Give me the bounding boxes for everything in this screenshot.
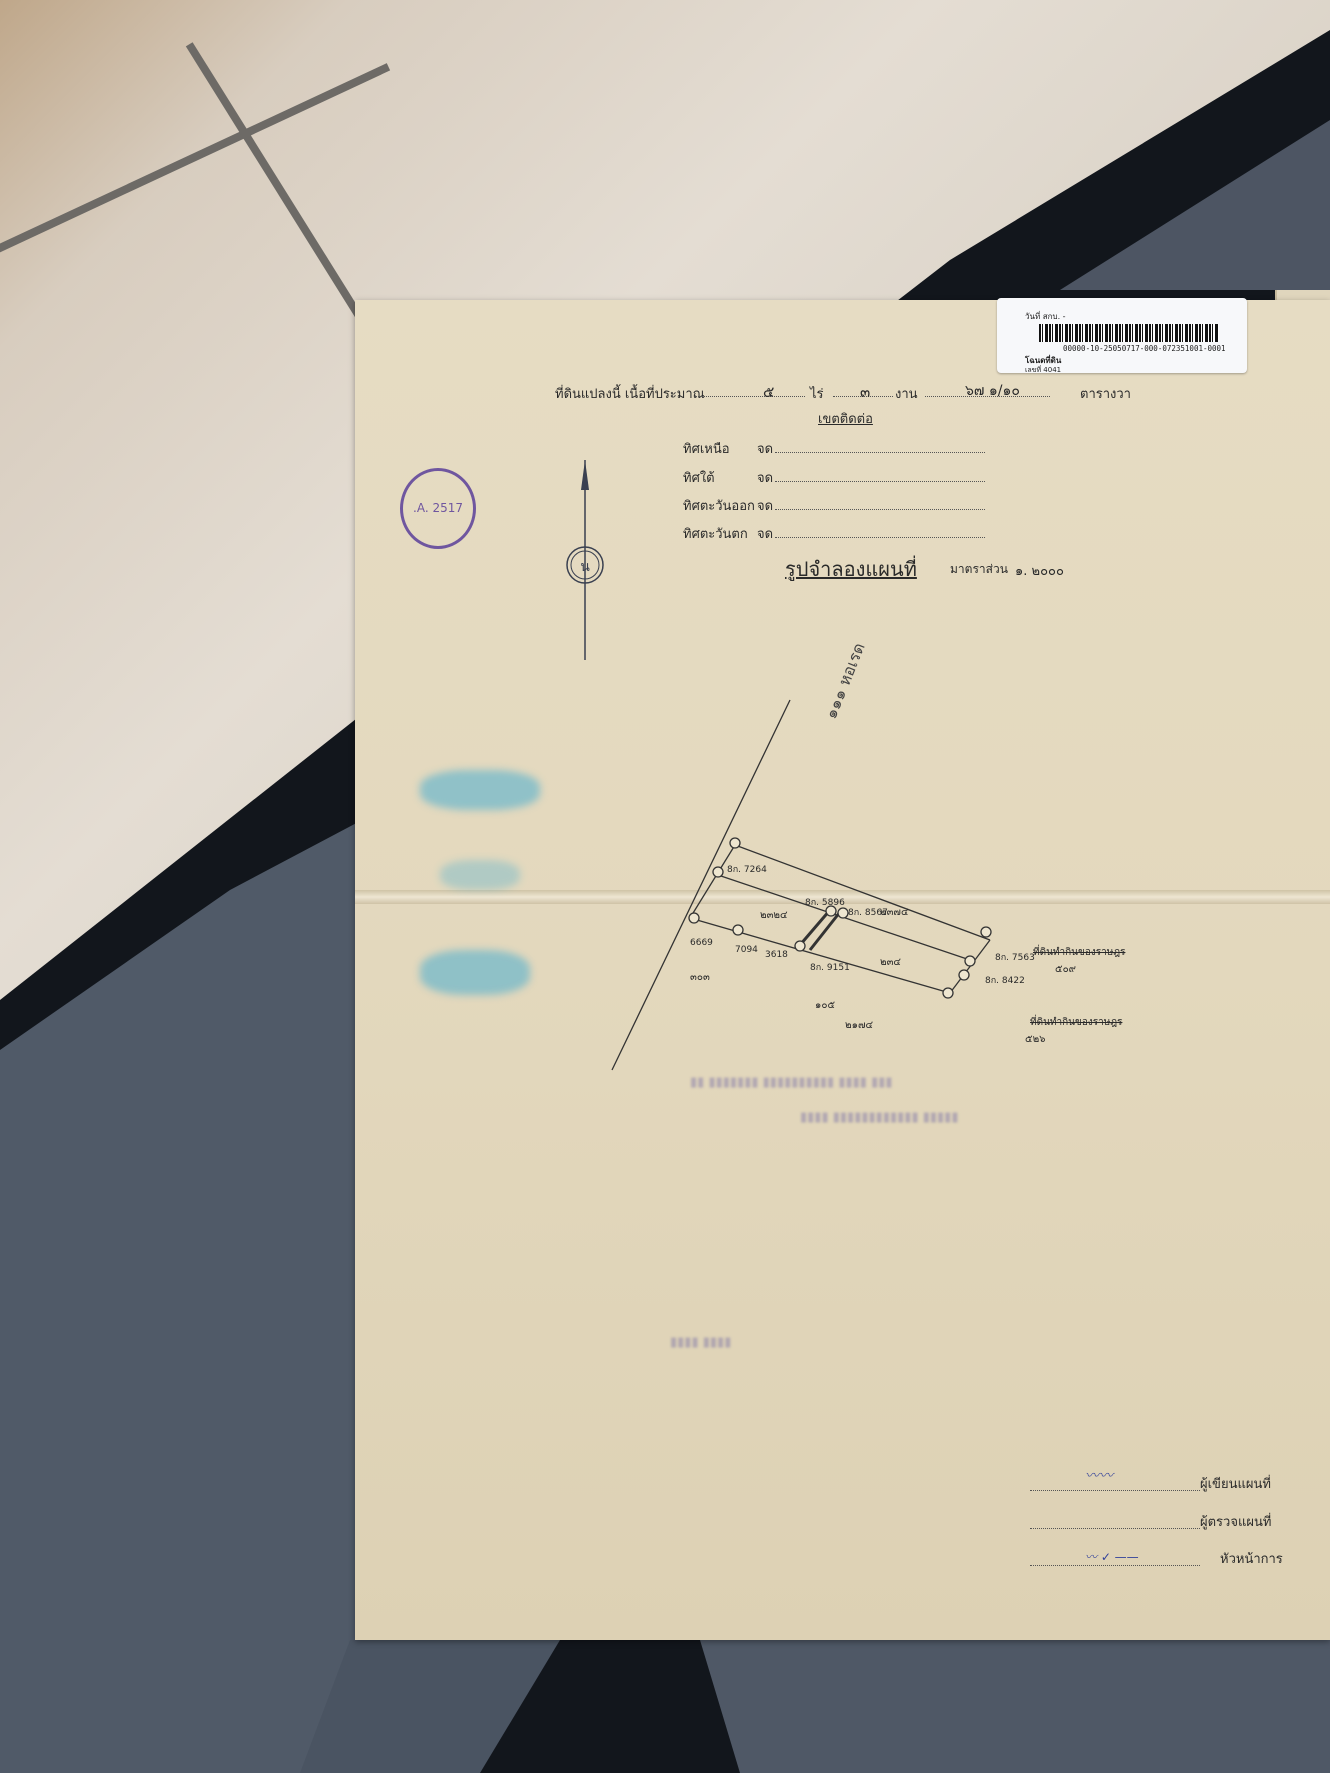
svg-text:๑๑๑ หอเรด: ๑๑๑ หอเรด — [821, 640, 869, 721]
parcel-label: 8ก. 8422 — [985, 973, 1025, 987]
parcel-label: ๒๓๒๔ — [760, 908, 788, 923]
signature-role-writer: ผู้เขียนแผนที่ — [1200, 1473, 1271, 1494]
parcel-label: 7094 — [735, 945, 758, 955]
parcel-label: ๒๑๗๔ — [845, 1018, 873, 1033]
struck-sublabel: ๕๒๖ — [1025, 1032, 1046, 1047]
parcel-label: 8ก. 9151 — [810, 960, 850, 974]
parcel-label: ๓๐๓ — [690, 970, 710, 985]
parcel-label: ๑๐๕ — [815, 998, 835, 1013]
bleed-through-text: ▮▮▮▮ ▮▮▮▮▮▮▮▮▮▮▮▮ ▮▮▮▮▮ — [800, 1110, 959, 1125]
parcel-map-drawing: ๑๑๑ หอเรด — [0, 0, 1330, 1773]
signature-line — [1030, 1528, 1200, 1529]
parcel-label: 8ก. 5896 — [805, 895, 845, 909]
bleed-through-text: ▮▮▮▮ ▮▮▮▮ — [670, 1335, 731, 1350]
signature-role-checker: ผู้ตรวจแผนที่ — [1200, 1511, 1271, 1532]
parcel-label: ๒๓๔ — [880, 955, 901, 970]
signature-chief: 〰 ✓ —— — [1085, 1548, 1139, 1565]
parcel-label: ๒๓๗๔ — [880, 905, 909, 920]
signature-writer: 〰〰 — [1085, 1465, 1113, 1485]
signature-line — [1030, 1565, 1200, 1566]
struck-sublabel: ๕๐๙ — [1055, 962, 1076, 977]
parcel-label: 6669 — [690, 938, 713, 948]
signature-line — [1030, 1490, 1200, 1491]
signature-role-chief: หัวหน้าการ — [1220, 1548, 1283, 1569]
parcel-label: 8ก. 7563 — [995, 950, 1035, 964]
bleed-through-text: ▮▮ ▮▮▮▮▮▮▮ ▮▮▮▮▮▮▮▮▮▮ ▮▮▮▮ ▮▮▮ — [690, 1075, 893, 1090]
struck-label: ที่ดินทำกินของราษฎร — [1033, 945, 1125, 960]
parcel-label: 8ก. 7264 — [727, 862, 767, 876]
struck-label: ที่ดินทำกินของราษฎร — [1030, 1015, 1122, 1030]
parcel-label: 3618 — [765, 950, 788, 960]
